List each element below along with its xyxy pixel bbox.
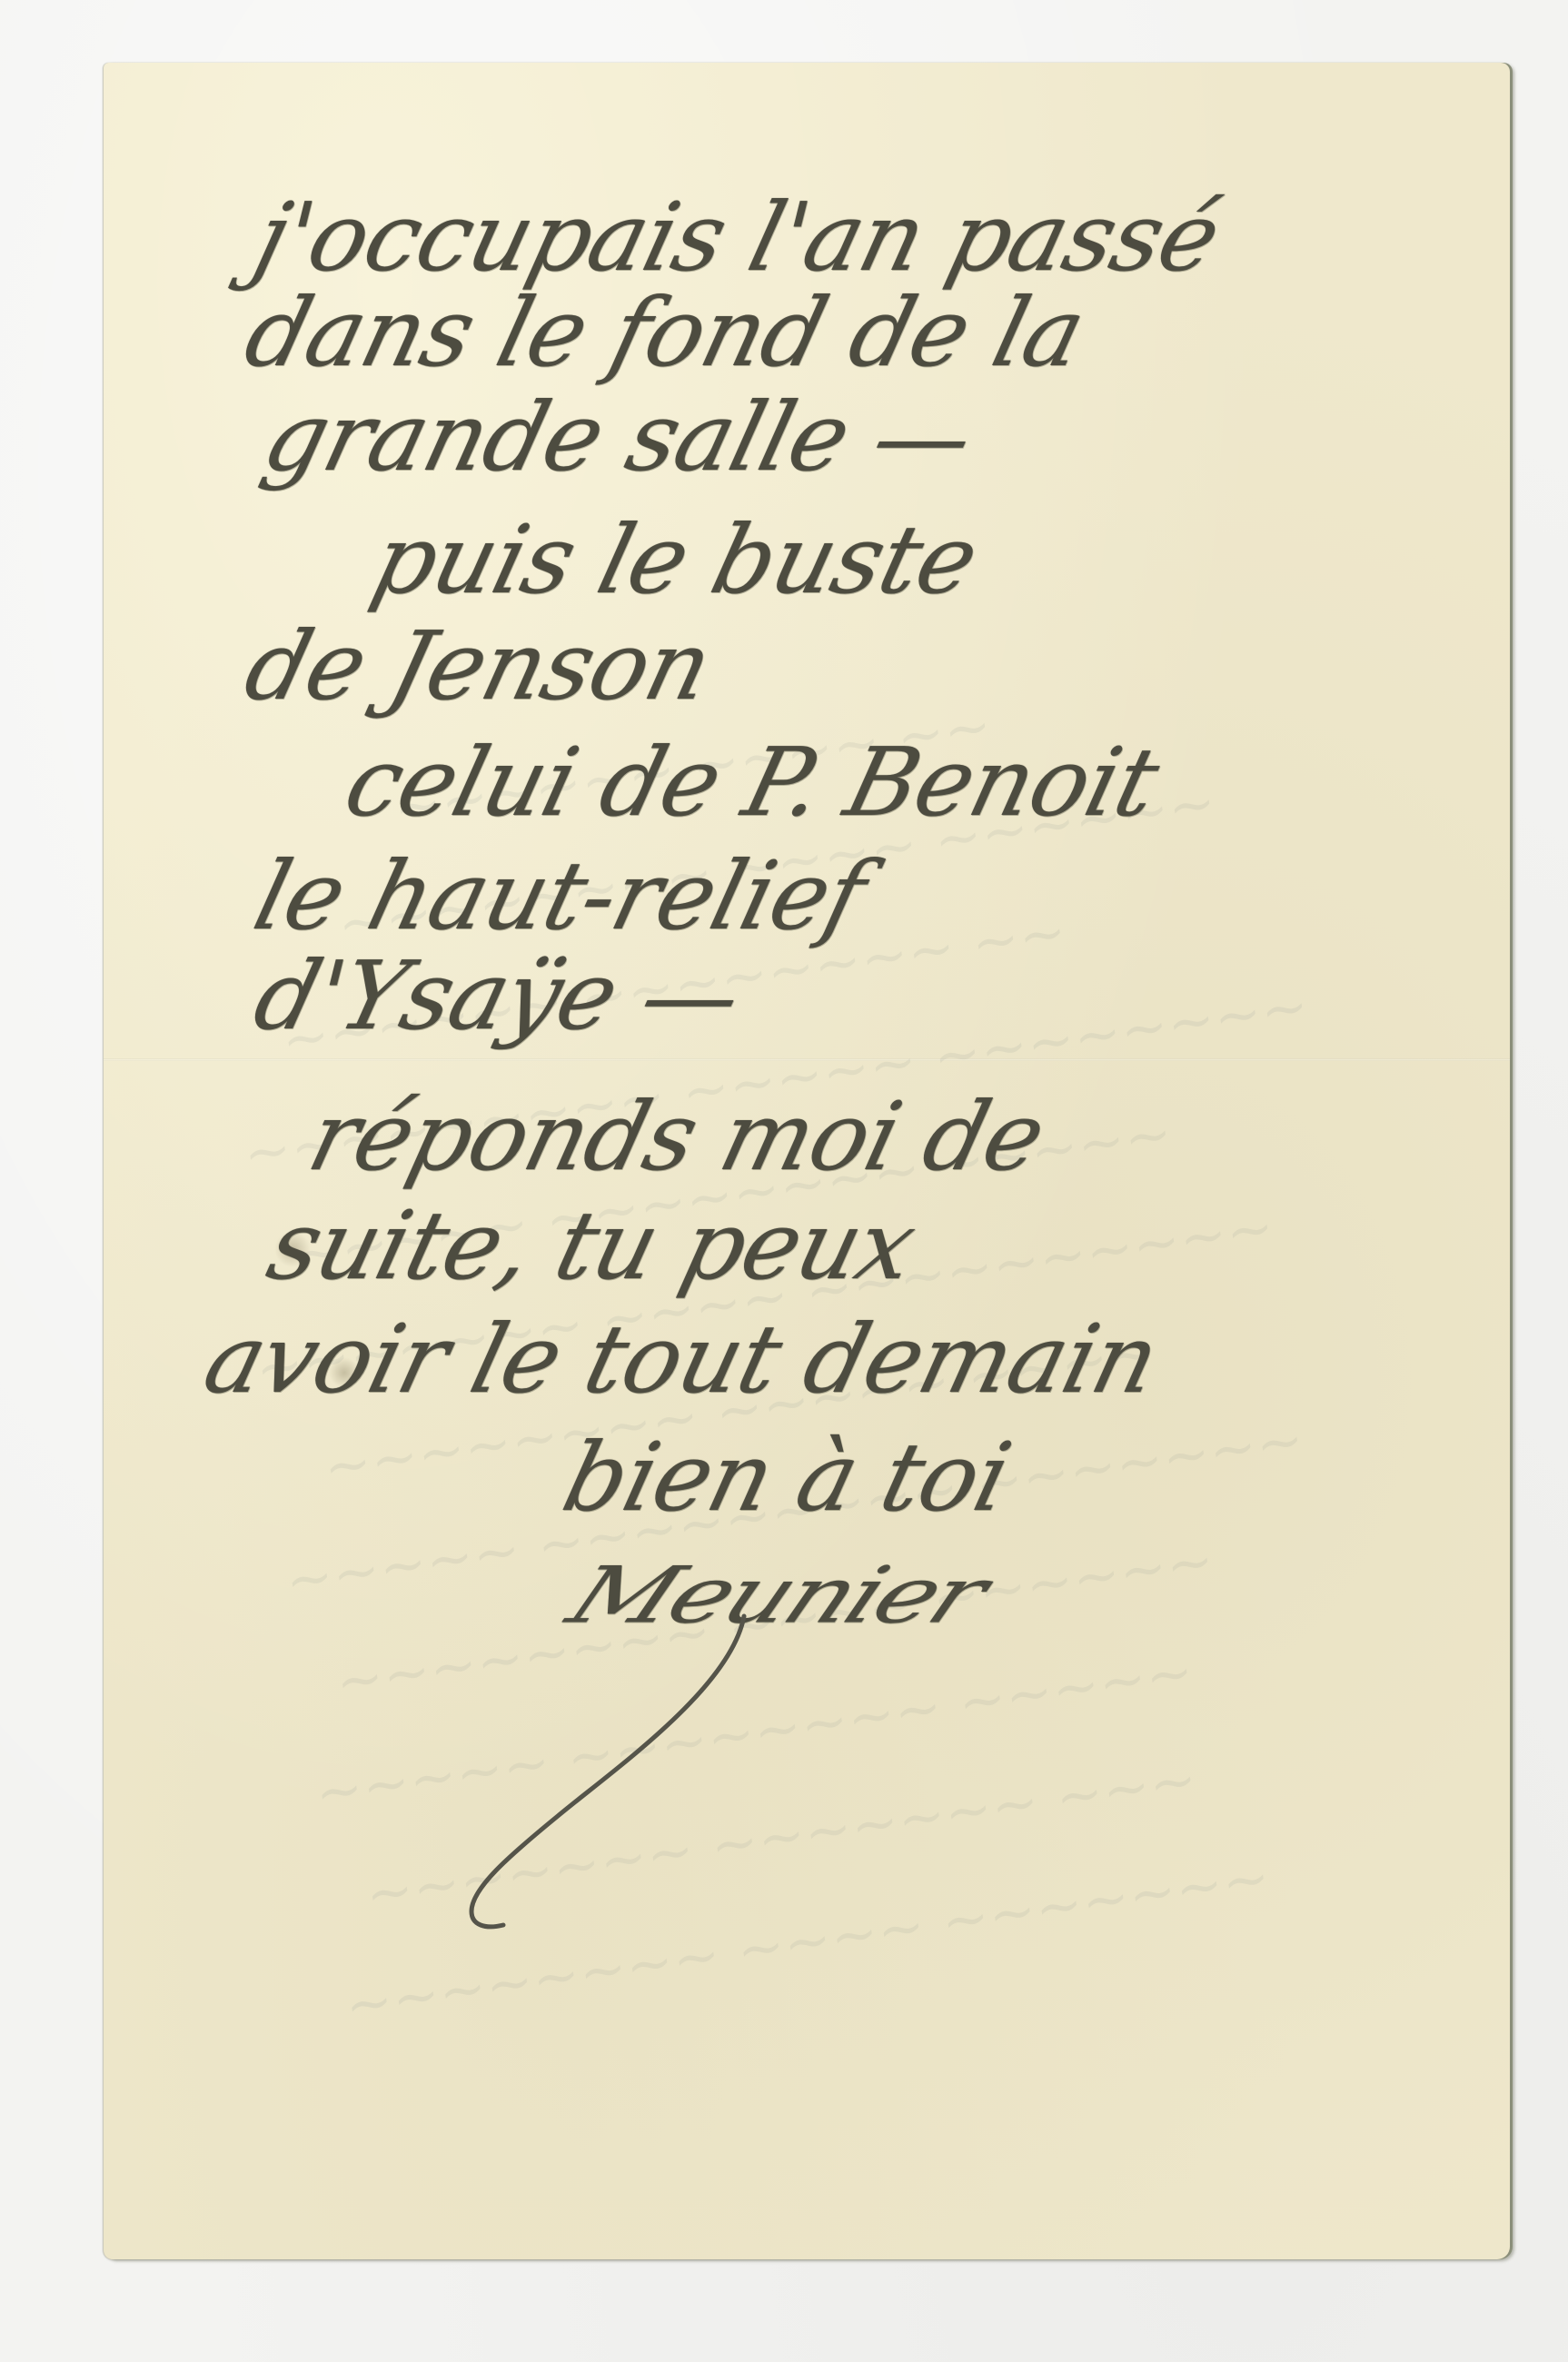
letter-line-1: j'occupais l'an passé xyxy=(246,190,1228,284)
letter-line-4: puis le buste xyxy=(364,512,986,607)
signature: Meunier xyxy=(558,1556,996,1634)
letter-line-2: dans le fond de la xyxy=(237,285,1093,380)
letter-line-11: avoir le tout demain xyxy=(196,1312,1166,1406)
letter-line-8: d'Ysaÿe — xyxy=(246,948,749,1043)
paper-fold-crease xyxy=(104,1058,1510,1061)
letter-page: ~~~~~~ ~~~~ ~~ ~~~~~~~~ ~~~~ ~~~~~~ ~~~~… xyxy=(104,63,1510,2259)
letter-line-6: celui de P. Benoit xyxy=(337,735,1166,829)
letter-closing: bien à toi xyxy=(555,1430,1018,1524)
letter-line-9: réponds moi de xyxy=(301,1089,1053,1184)
letter-line-5: de Jenson xyxy=(237,619,719,713)
letter-line-7: le haut-relief xyxy=(246,849,874,943)
letter-line-10: suite, tu peux xyxy=(260,1198,924,1293)
letter-line-3: grande salle — xyxy=(255,390,981,484)
